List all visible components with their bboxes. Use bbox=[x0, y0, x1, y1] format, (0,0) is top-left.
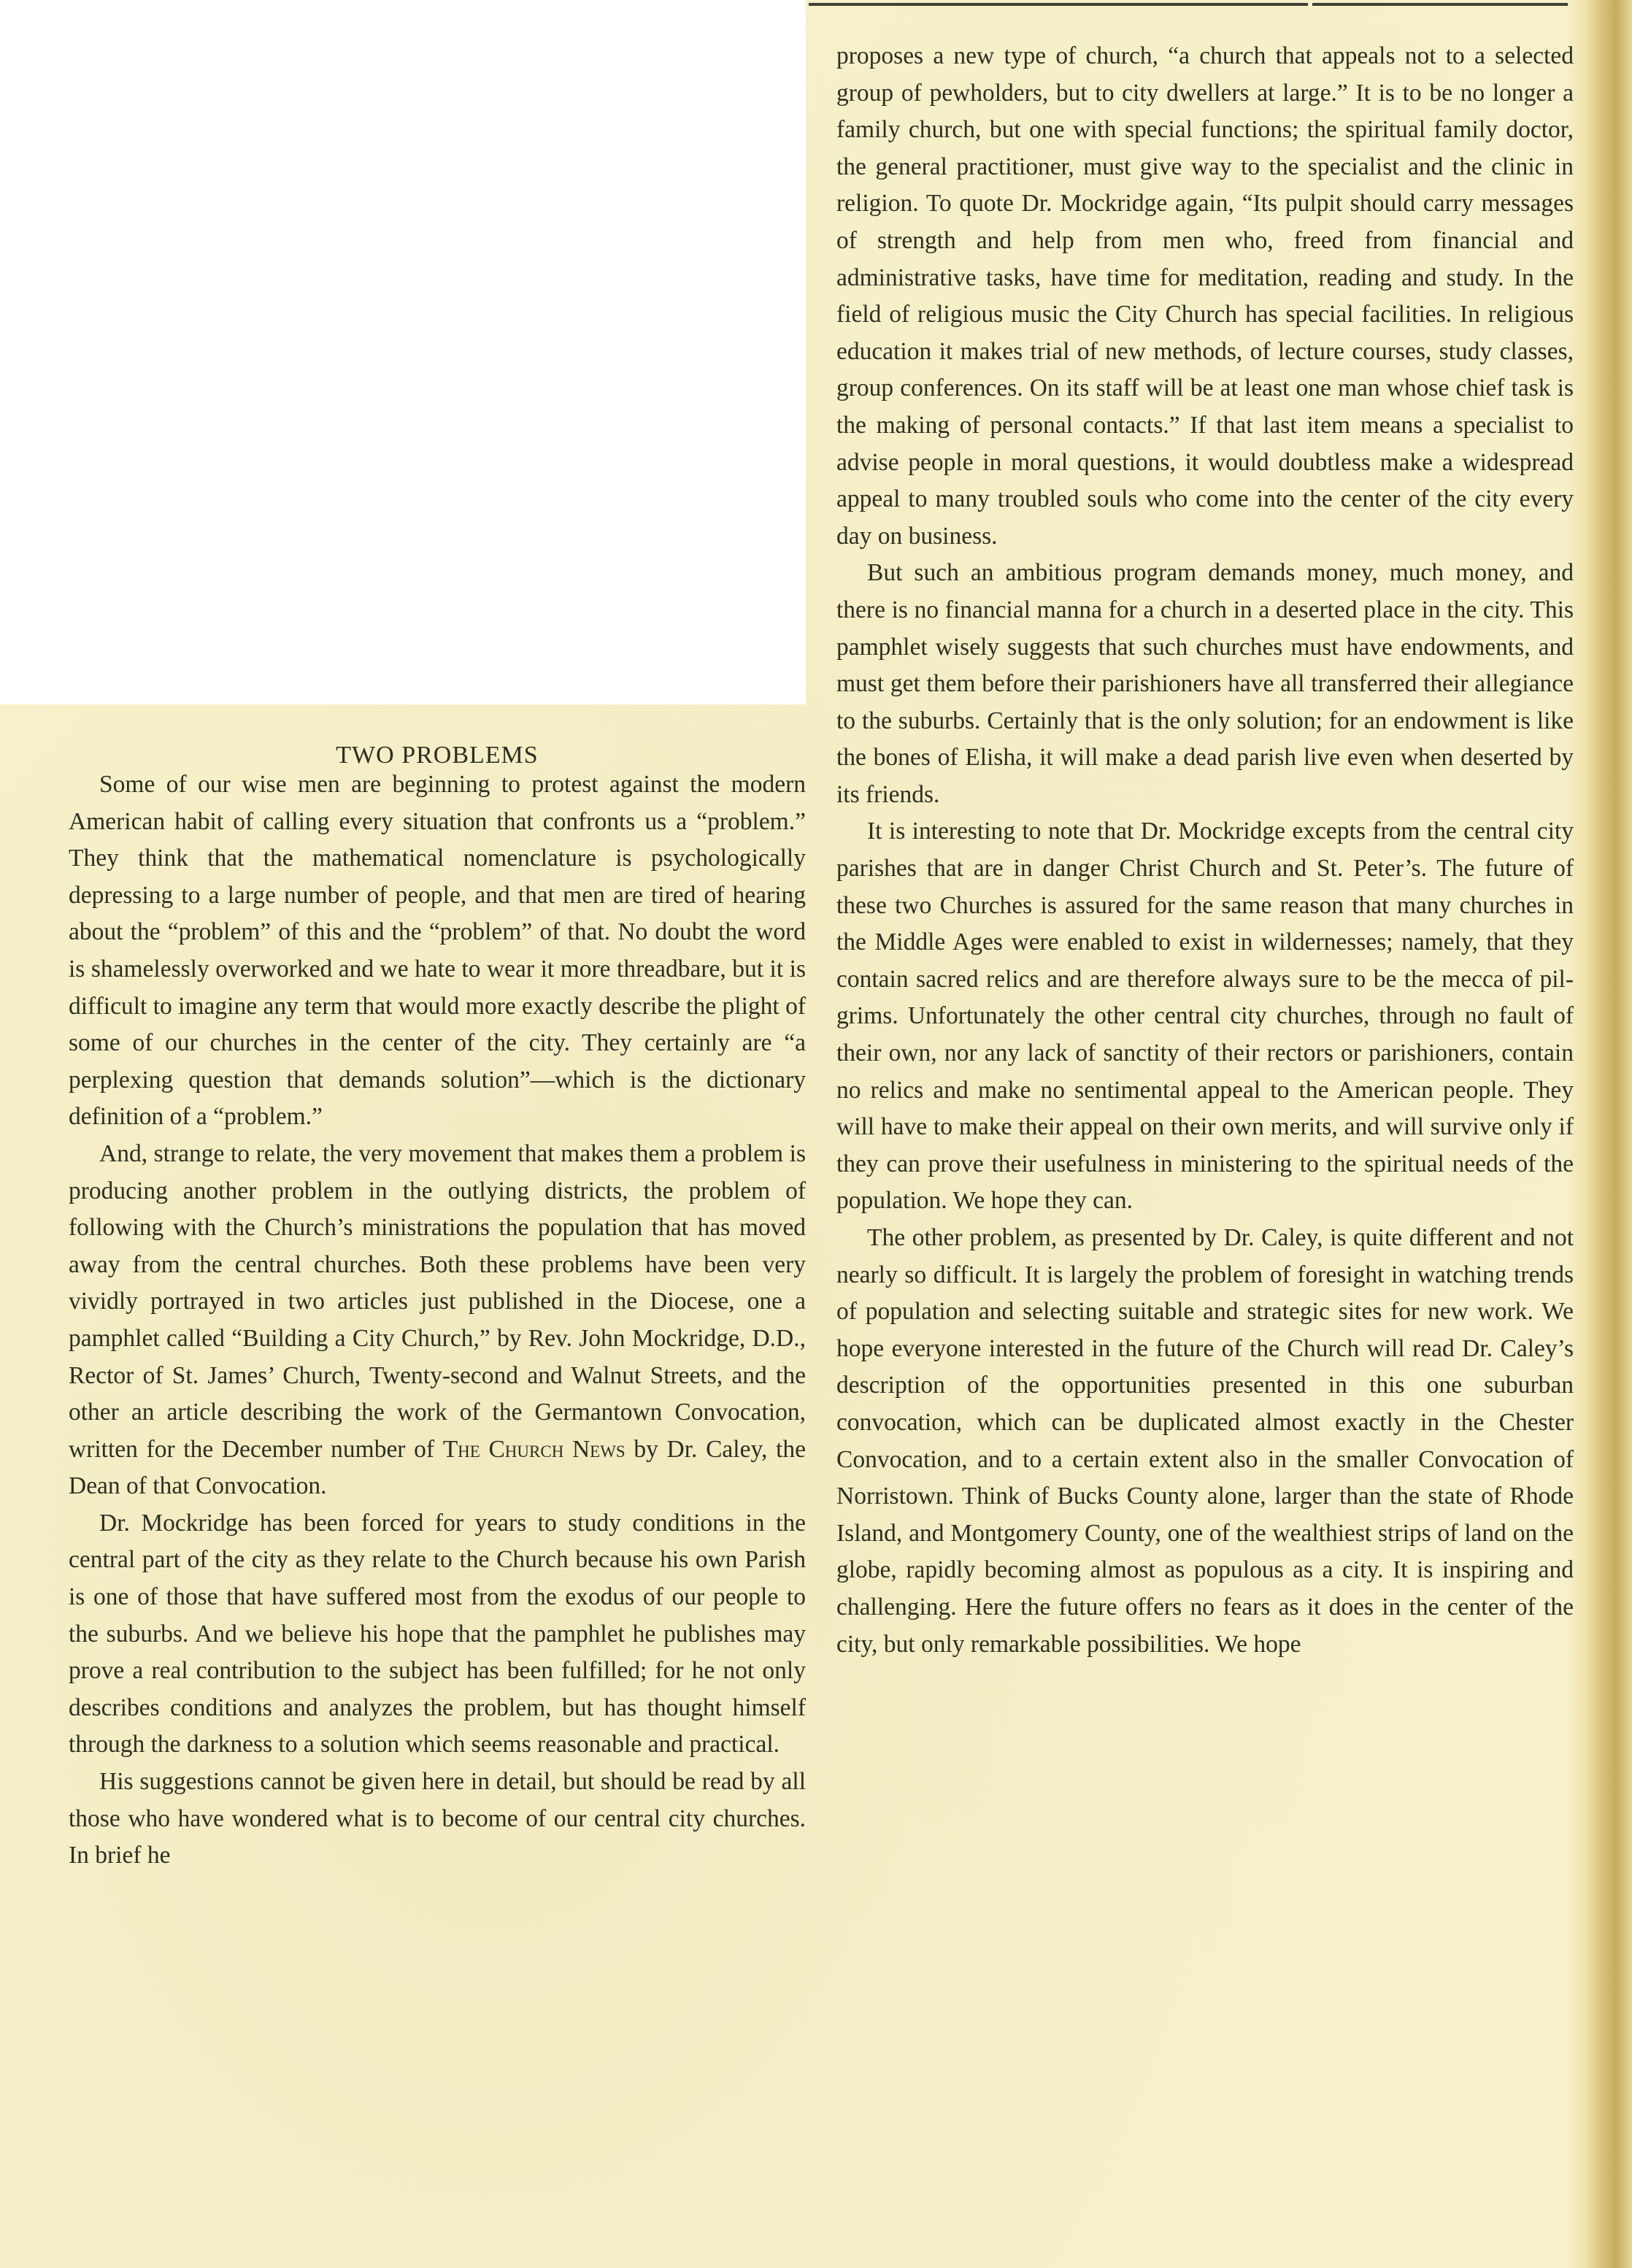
paragraph: It is interesting to note that Dr. Mockr… bbox=[836, 813, 1574, 1220]
paragraph: Some of our wise men are beginning to pr… bbox=[69, 766, 806, 1136]
paragraph: Dr. Mockridge has been forced for years … bbox=[69, 1505, 806, 1764]
page-binding-edge bbox=[1566, 0, 1632, 2268]
right-column: proposes a new type of church, “a church… bbox=[836, 38, 1574, 1663]
paragraph: But such an ambitious program demands mo… bbox=[836, 555, 1574, 813]
blank-area bbox=[0, 0, 806, 704]
article-title: TWO PROBLEMS bbox=[69, 742, 806, 769]
paragraph: proposes a new type of church, “a church… bbox=[836, 38, 1574, 555]
top-rule-gap bbox=[1308, 2, 1312, 7]
publication-name: The Church News bbox=[443, 1436, 626, 1463]
paragraph: And, strange to relate, the very movemen… bbox=[69, 1136, 806, 1505]
left-column: Some of our wise men are beginning to pr… bbox=[69, 766, 806, 1875]
paragraph: The other problem, as presented by Dr. C… bbox=[836, 1220, 1574, 1663]
top-rule bbox=[809, 3, 1568, 6]
paragraph-text: And, strange to relate, the very movemen… bbox=[69, 1140, 806, 1463]
paragraph: His suggestions cannot be given here in … bbox=[69, 1764, 806, 1875]
